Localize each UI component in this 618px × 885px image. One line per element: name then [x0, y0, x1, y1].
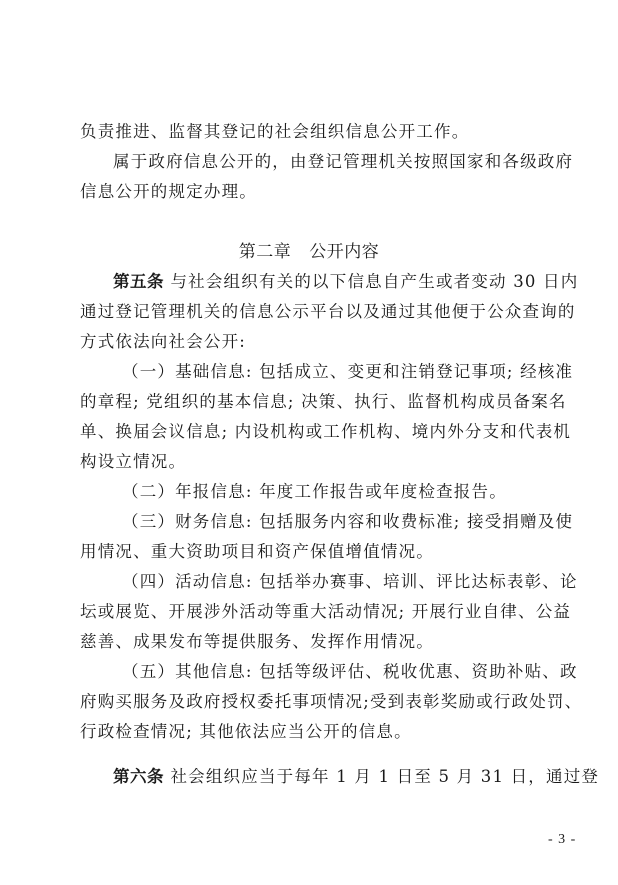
paragraph-line: 信息公开的规定办理。 — [80, 182, 550, 202]
list-item-5-line: （五）其他信息: 包括等级评估、税收优惠、资助补贴、政 — [122, 662, 550, 682]
list-item-5-line: 府购买服务及政府授权委托事项情况;受到表彰奖励或行政处罚、 — [80, 692, 550, 712]
chapter-heading: 第二章公开内容 — [0, 242, 618, 262]
list-item-1-line: 构设立情况。 — [80, 452, 550, 472]
chapter-title: 公开内容 — [309, 242, 379, 262]
article-5-line-1: 第五条 与社会组织有关的以下信息自产生或者变动 30 日内 — [113, 272, 550, 292]
article-6-line-1: 第六条 社会组织应当于每年 1 月 1 日至 5 月 31 日，通过登 — [113, 767, 550, 787]
paragraph-line: 通过登记管理机关的信息公示平台以及通过其他便于公众查询的 — [80, 302, 550, 322]
article-text: 社会组织应当于每年 1 月 1 日至 5 月 31 日，通过登 — [170, 767, 599, 786]
paragraph-line: 负责推进、监督其登记的社会组织信息公开工作。 — [80, 122, 550, 142]
article-text: 与社会组织有关的以下信息自产生或者变动 30 日内 — [170, 272, 578, 291]
list-item-1-line: 的章程; 党组织的基本信息; 决策、执行、监督机构成员备案名 — [80, 392, 550, 412]
list-item-3-line: 用情况、重大资助项目和资产保值增值情况。 — [80, 542, 550, 562]
list-item-2-line: （二）年报信息: 年度工作报告或年度检查报告。 — [122, 482, 550, 502]
list-item-1-line: （一）基础信息: 包括成立、变更和注销登记事项; 经核准 — [122, 362, 550, 382]
document-page: 负责推进、监督其登记的社会组织信息公开工作。 属于政府信息公开的，由登记管理机关… — [0, 0, 618, 885]
list-item-4-line: 坛或展览、开展涉外活动等重大活动情况; 开展行业自律、公益 — [80, 602, 550, 622]
list-item-4-line: （四）活动信息: 包括举办赛事、培训、评比达标表彰、论 — [122, 572, 550, 592]
article-label: 第五条 — [113, 272, 164, 291]
paragraph-line: 方式依法向社会公开: — [80, 332, 550, 352]
list-item-3-line: （三）财务信息: 包括服务内容和收费标准; 接受捐赠及使 — [122, 512, 550, 532]
list-item-5-line: 行政检查情况; 其他依法应当公开的信息。 — [80, 722, 550, 742]
list-item-4-line: 慈善、成果发布等提供服务、发挥作用情况。 — [80, 632, 550, 652]
paragraph-line: 属于政府信息公开的，由登记管理机关按照国家和各级政府 — [113, 152, 550, 172]
article-label: 第六条 — [113, 767, 164, 786]
page-number: - 3 - — [548, 832, 576, 848]
chapter-number: 第二章 — [239, 242, 292, 262]
list-item-1-line: 单、换届会议信息; 内设机构或工作机构、境内外分支和代表机 — [80, 422, 550, 442]
